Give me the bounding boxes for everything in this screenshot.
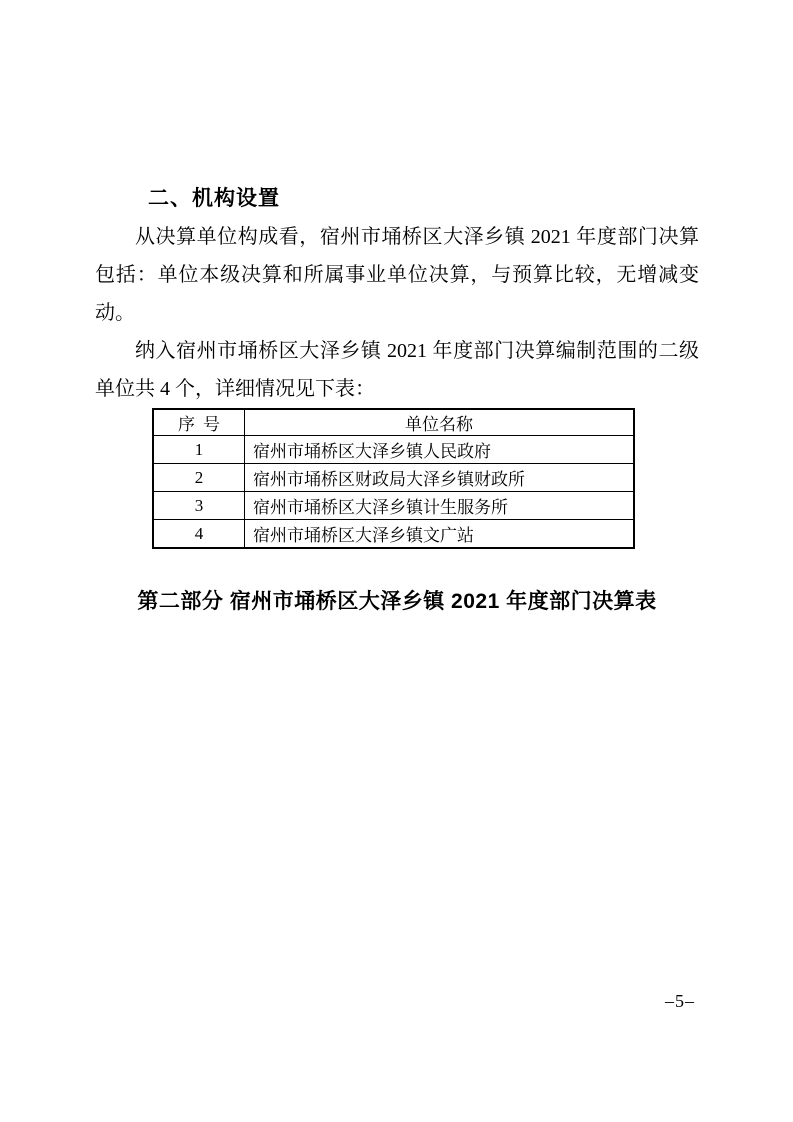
table-header-row: 序号 单位名称 xyxy=(153,409,634,436)
table-row: 4 宿州市埇桥区大泽乡镇文广站 xyxy=(153,520,634,549)
table-row: 1 宿州市埇桥区大泽乡镇人民政府 xyxy=(153,436,634,464)
table-row: 2 宿州市埇桥区财政局大泽乡镇财政所 xyxy=(153,464,634,492)
cell-unit-name: 宿州市埇桥区财政局大泽乡镇财政所 xyxy=(245,464,635,492)
cell-seq: 2 xyxy=(153,464,245,492)
section-heading: 二、机构设置 xyxy=(95,180,699,218)
cell-unit-name: 宿州市埇桥区大泽乡镇计生服务所 xyxy=(245,492,635,520)
cell-unit-name: 宿州市埇桥区大泽乡镇人民政府 xyxy=(245,436,635,464)
table-row: 3 宿州市埇桥区大泽乡镇计生服务所 xyxy=(153,492,634,520)
units-table-body: 1 宿州市埇桥区大泽乡镇人民政府 2 宿州市埇桥区财政局大泽乡镇财政所 3 宿州… xyxy=(153,436,634,549)
cell-seq: 3 xyxy=(153,492,245,520)
document-page: 二、机构设置 从决算单位构成看，宿州市埇桥区大泽乡镇 2021 年度部门决算包括… xyxy=(0,0,793,1122)
cell-seq: 1 xyxy=(153,436,245,464)
paragraph-composition: 从决算单位构成看，宿州市埇桥区大泽乡镇 2021 年度部门决算包括：单位本级决算… xyxy=(95,218,699,332)
cell-unit-name: 宿州市埇桥区大泽乡镇文广站 xyxy=(245,520,635,549)
units-table: 序号 单位名称 1 宿州市埇桥区大泽乡镇人民政府 2 宿州市埇桥区财政局大泽乡镇… xyxy=(152,408,635,549)
document-content: 二、机构设置 从决算单位构成看，宿州市埇桥区大泽乡镇 2021 年度部门决算包括… xyxy=(95,180,699,615)
units-table-head: 序号 单位名称 xyxy=(153,409,634,436)
page-number: –5– xyxy=(665,991,695,1012)
column-header-unit-name: 单位名称 xyxy=(245,409,635,436)
cell-seq: 4 xyxy=(153,520,245,549)
paragraph-units-intro: 纳入宿州市埇桥区大泽乡镇 2021 年度部门决算编制范围的二级单位共 4 个，详… xyxy=(95,332,699,408)
part-two-title: 第二部分 宿州市埇桥区大泽乡镇 2021 年度部门决算表 xyxy=(95,585,699,615)
column-header-seq: 序号 xyxy=(153,409,245,436)
